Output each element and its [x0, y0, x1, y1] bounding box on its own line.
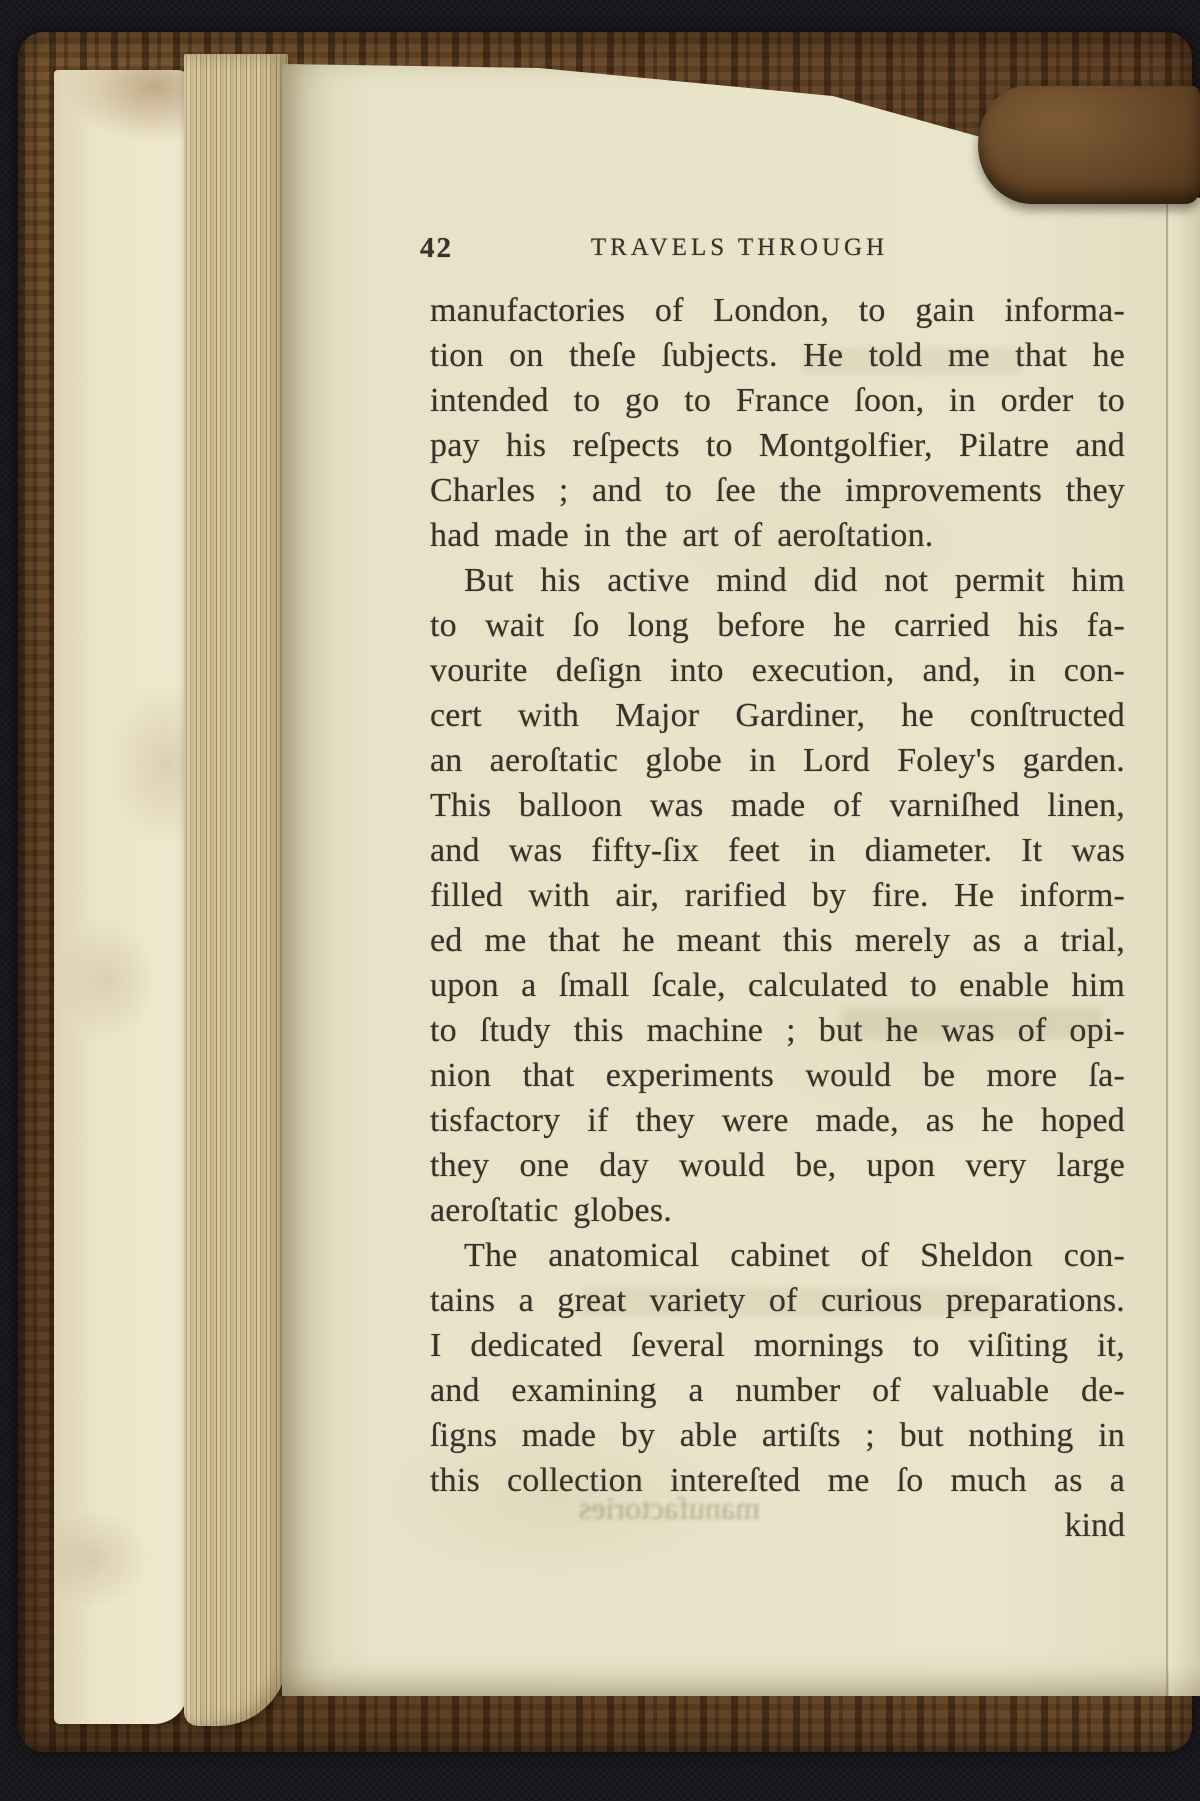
text-line: to ſtudy this machine ; but he was of op…: [430, 1008, 1125, 1053]
text-line: nion that experiments would be more ſa-: [430, 1053, 1125, 1098]
text-line: vourite deſign into execution, and, in c…: [430, 648, 1125, 693]
text-line: intended to go to France ſoon, in order …: [430, 378, 1125, 423]
body-text: manufactories of London, to gain informa…: [430, 288, 1125, 1548]
running-header-row: 42 TRAVELS THROUGH: [430, 230, 1125, 288]
text-line: tisfactory if they were made, as he hope…: [430, 1098, 1125, 1143]
text-line: to wait ſo long before he carried his fa…: [430, 603, 1125, 648]
text-line: manufactories of London, to gain informa…: [430, 288, 1125, 333]
text-line: ſigns made by able artiſts ; but nothing…: [430, 1413, 1125, 1458]
text-line: tains a great variety of curious prepara…: [430, 1278, 1125, 1323]
text-line: I dedicated ſeveral mornings to viſiting…: [430, 1323, 1125, 1368]
scanned-book-photo: manufactories 42 TRAVELS THROUGH manufac…: [0, 0, 1200, 1801]
text-line: The anatomical cabinet of Sheldon con-: [430, 1233, 1125, 1278]
text-line: filled with air, rarified by fire. He in…: [430, 873, 1125, 918]
text-line: and was fifty-ſix feet in diameter. It w…: [430, 828, 1125, 873]
text-line: cert with Major Gardiner, he conſtructed: [430, 693, 1125, 738]
text-line: an aeroſtatic globe in Lord Foley's gard…: [430, 738, 1125, 783]
text-block: 42 TRAVELS THROUGH manufactories of Lond…: [430, 230, 1125, 1548]
text-line: aeroſtatic globes.: [430, 1188, 1125, 1233]
text-line: had made in the art of aeroſtation.: [430, 513, 1125, 558]
left-flyleaf-page: [54, 70, 188, 1724]
running-header: TRAVELS THROUGH: [430, 234, 1049, 262]
book-page: manufactories 42 TRAVELS THROUGH manufac…: [282, 48, 1200, 1696]
leather-cover-corner: [978, 86, 1200, 204]
text-line: upon a ſmall ſcale, calculated to enable…: [430, 963, 1125, 1008]
fore-edge-strip: [1169, 198, 1200, 1696]
catchword: kind: [430, 1503, 1125, 1548]
text-line: But his active mind did not permit him: [430, 558, 1125, 603]
text-line: pay his reſpects to Montgolfier, Pilatre…: [430, 423, 1125, 468]
text-line: tion on theſe ſubjects. He told me that …: [430, 333, 1125, 378]
fanned-page-edges: [184, 54, 288, 1726]
text-line: this collection intereſted me ſo much as…: [430, 1458, 1125, 1503]
text-line: and examining a number of valuable de-: [430, 1368, 1125, 1413]
text-line: This balloon was made of varniſhed linen…: [430, 783, 1125, 828]
page-crease: [1166, 188, 1168, 1696]
text-line: ed me that he meant this merely as a tri…: [430, 918, 1125, 963]
text-line: Charles ; and to ſee the improvements th…: [430, 468, 1125, 513]
text-line: they one day would be, upon very large: [430, 1143, 1125, 1188]
